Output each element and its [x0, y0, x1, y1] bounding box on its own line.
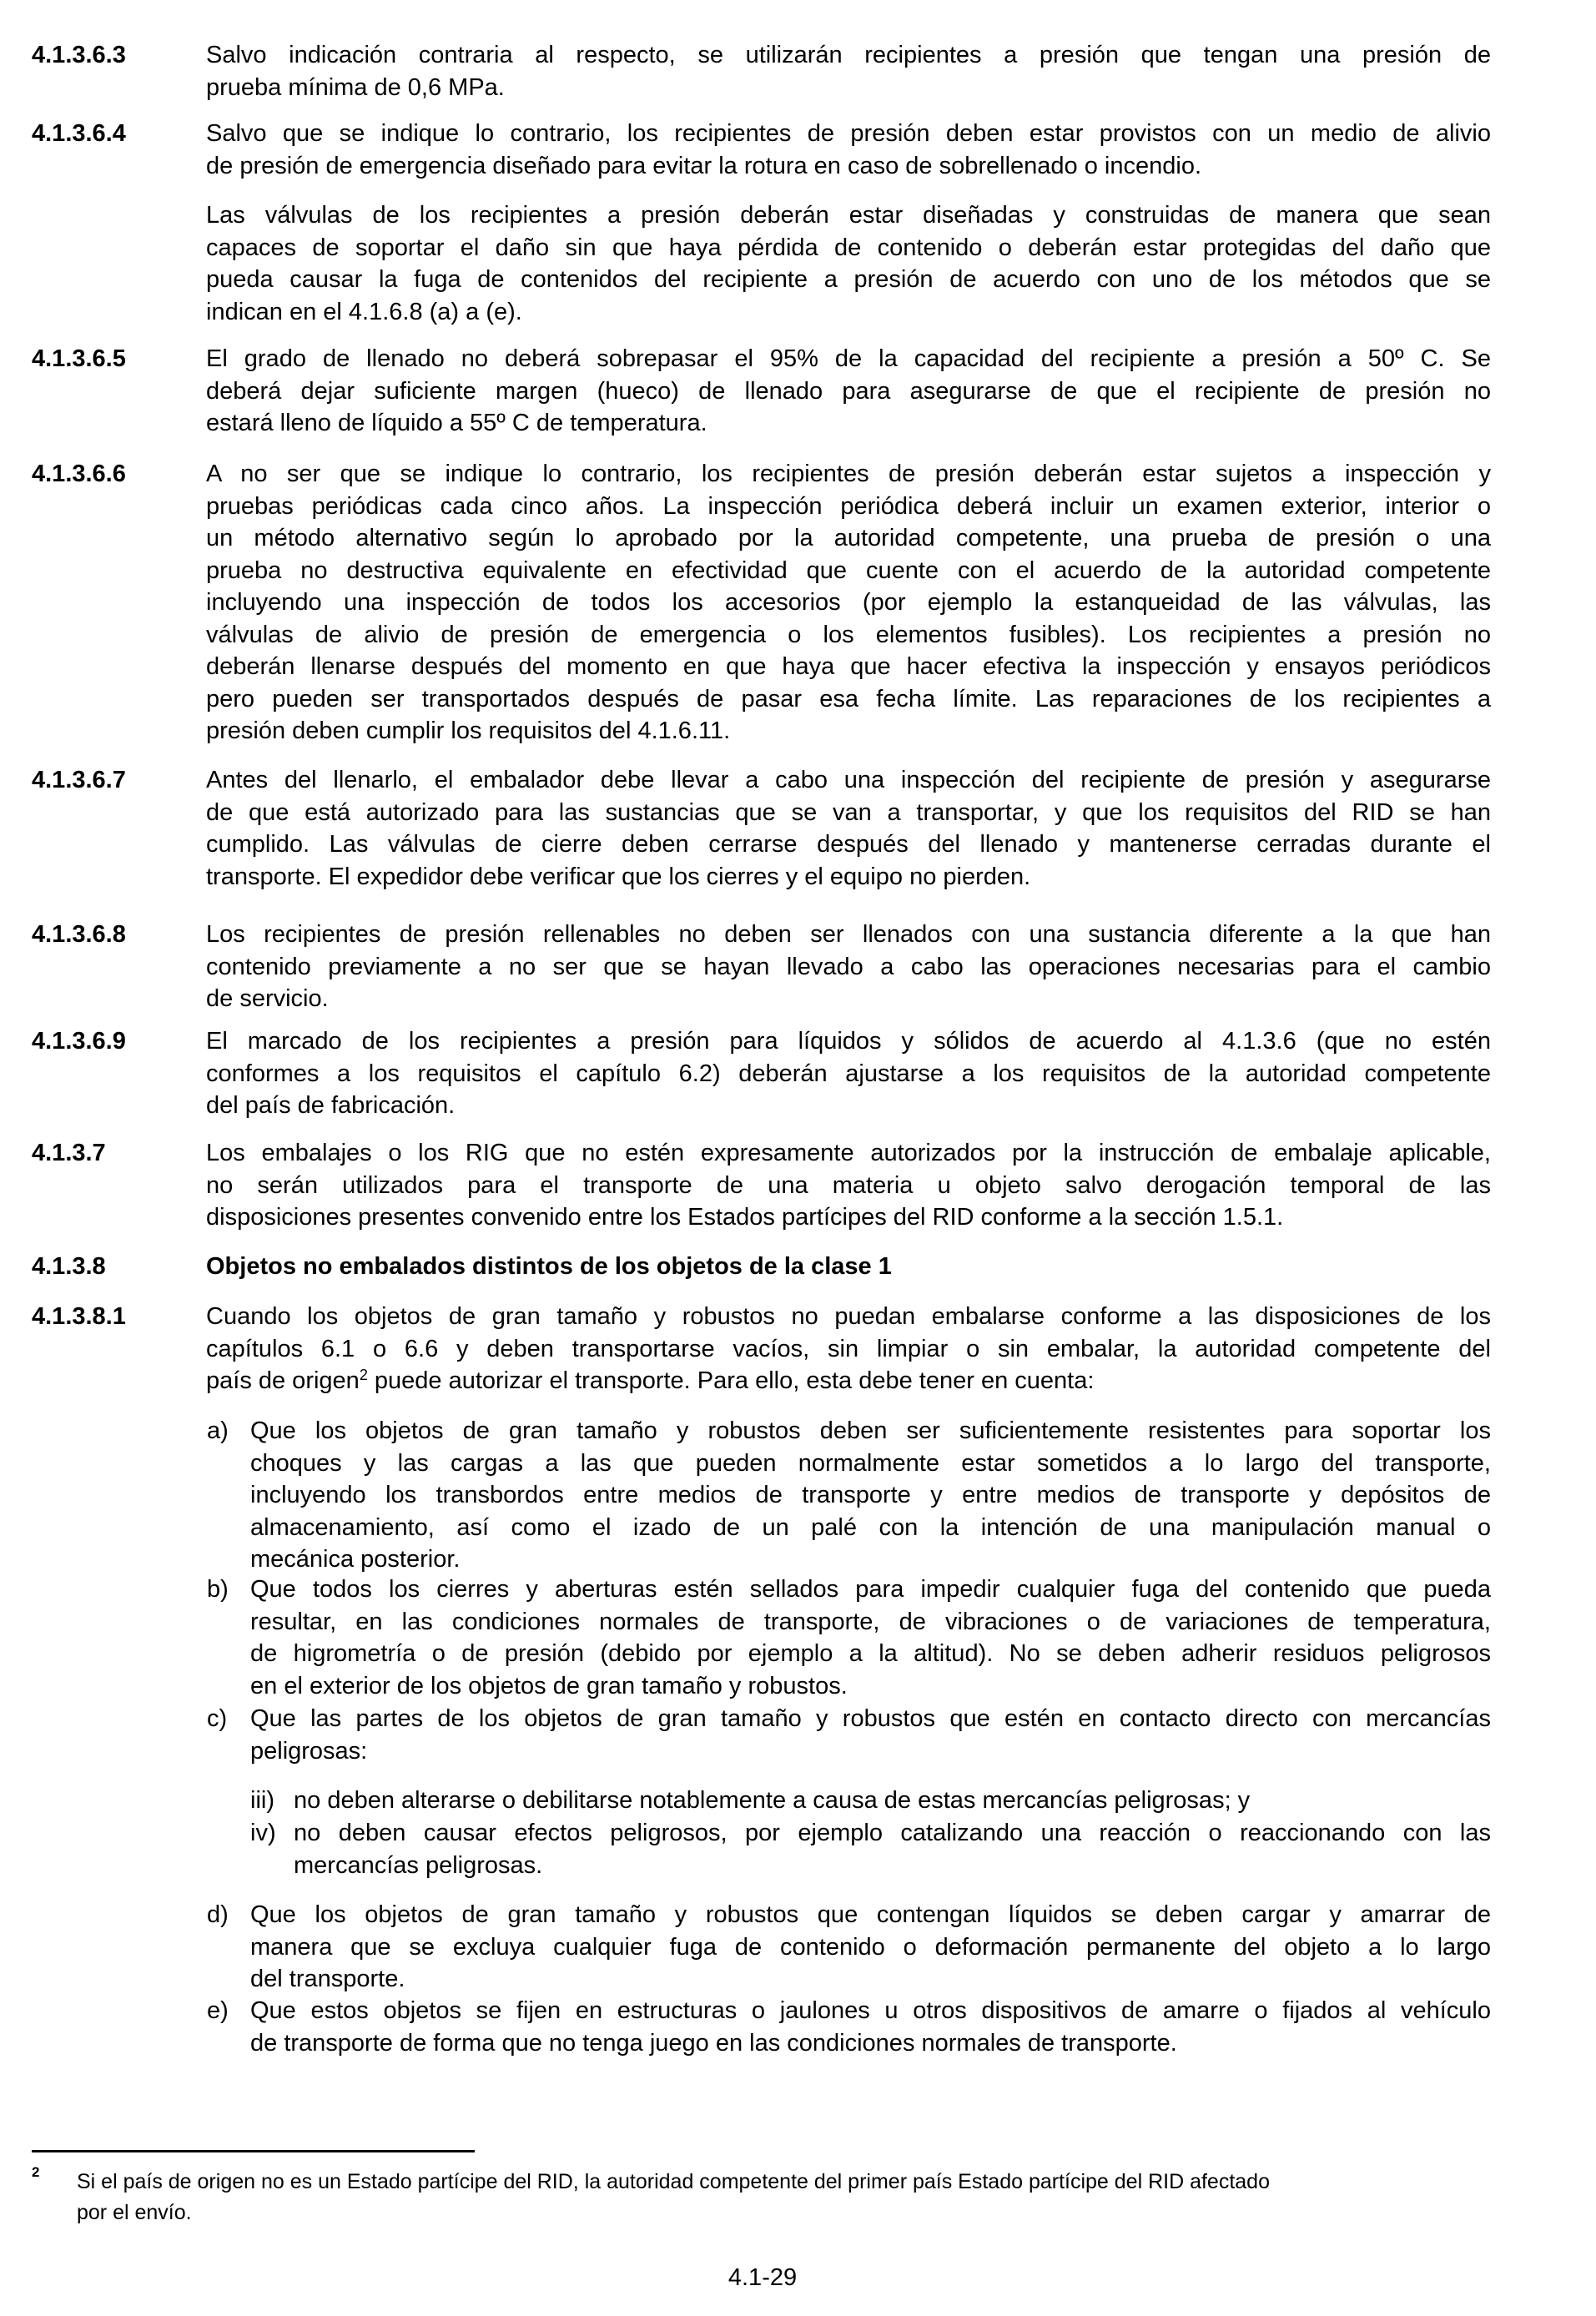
list-item-label: d): [207, 1899, 229, 1931]
text-line: choques y las cargas a las que pueden no…: [250, 1447, 1491, 1480]
text-line: Que las partes de los objetos de gran ta…: [250, 1703, 1491, 1735]
list-item-text: Que las partes de los objetos de gran ta…: [250, 1703, 1491, 1767]
section-number: 4.1.3.7: [32, 1137, 106, 1170]
text-line: no deben alterarse o debilitarse notable…: [294, 1785, 1491, 1817]
section-number: 4.1.3.6.8: [32, 919, 126, 951]
section-number: 4.1.3.6.4: [32, 118, 126, 150]
text-line: prueba mínima de 0,6 MPa.: [206, 72, 1491, 104]
section-number: 4.1.3.6.3: [32, 39, 126, 72]
text-line: resultar, en las condiciones normales de…: [250, 1606, 1491, 1639]
text-line: contenido previamente a no ser que se ha…: [206, 951, 1491, 984]
text-line: disposiciones presentes convenido entre …: [206, 1201, 1491, 1234]
list-item-text: Que los objetos de gran tamaño y robusto…: [250, 1415, 1491, 1576]
text-line: cumplido. Las válvulas de cierre deben c…: [206, 828, 1491, 861]
list-item-label: a): [207, 1415, 229, 1447]
sub-list-item-label: iii): [250, 1785, 274, 1817]
list-item-label: c): [207, 1703, 227, 1735]
paragraph-text: Los embalajes o los RIG que no estén exp…: [206, 1137, 1491, 1234]
text-line: Los embalajes o los RIG que no estén exp…: [206, 1137, 1491, 1170]
footnote-line: Si el país de origen no es un Estado par…: [77, 2167, 1487, 2198]
text-line: válvulas de alivio de presión de emergen…: [206, 619, 1491, 652]
paragraph-text: El marcado de los recipientes a presión …: [206, 1025, 1491, 1122]
text-line: de servicio.: [206, 983, 1491, 1015]
text-line: de transporte de forma que no tenga jueg…: [250, 2027, 1491, 2060]
text-line: A no ser que se indique lo contrario, lo…: [206, 458, 1491, 491]
text-line: Las válvulas de los recipientes a presió…: [206, 199, 1491, 232]
text-line: pruebas periódicas cada cinco años. La i…: [206, 491, 1491, 523]
text-line: deberán llenarse después del momento en …: [206, 651, 1491, 683]
section-number: 4.1.3.8.1: [32, 1301, 126, 1333]
text-line: pueda causar la fuga de contenidos del r…: [206, 264, 1491, 296]
text-line: capaces de soportar el daño sin que haya…: [206, 232, 1491, 264]
sub-list-item-text: no deben causar efectos peligrosos, por …: [294, 1817, 1491, 1881]
paragraph-text: Antes del llenarlo, el embalador debe ll…: [206, 764, 1491, 893]
section-number: 4.1.3.6.6: [32, 458, 126, 491]
text-line: El grado de llenado no deberá sobrepasar…: [206, 343, 1491, 375]
text-line: no deben causar efectos peligrosos, por …: [294, 1817, 1491, 1850]
text-line: país de origen2 puede autorizar el trans…: [206, 1365, 1491, 1397]
text-line: manera que se excluya cualquier fuga de …: [250, 1931, 1491, 1964]
list-item-label: e): [207, 1995, 229, 2027]
text-line: de presión de emergencia diseñado para e…: [206, 150, 1491, 183]
paragraph-text: Los recipientes de presión rellenables n…: [206, 919, 1491, 1015]
text-line: del transporte.: [250, 1963, 1491, 1996]
text-line: del país de fabricación.: [206, 1090, 1491, 1122]
section-number: 4.1.3.6.7: [32, 764, 126, 797]
text-line: Salvo que se indique lo contrario, los r…: [206, 118, 1491, 150]
text-line: indican en el 4.1.6.8 (a) a (e).: [206, 296, 1491, 329]
text-line: prueba no destructiva equivalente en efe…: [206, 555, 1491, 587]
paragraph-text: Las válvulas de los recipientes a presió…: [206, 199, 1491, 328]
list-item-label: b): [207, 1573, 229, 1606]
text-line: transporte. El expedidor debe verificar …: [206, 861, 1491, 894]
text-line: mecánica posterior.: [250, 1543, 1491, 1576]
text-line: capítulos 6.1 o 6.6 y deben transportars…: [206, 1333, 1491, 1366]
section-number: 4.1.3.6.5: [32, 343, 126, 375]
sub-list-item-text: no deben alterarse o debilitarse notable…: [294, 1785, 1491, 1817]
sub-list-item-label: iv): [250, 1817, 276, 1850]
text-line: Objetos no embalados distintos de los ob…: [206, 1251, 1491, 1283]
list-item-text: Que estos objetos se fijen en estructura…: [250, 1995, 1491, 2059]
footnote-separator: [32, 2150, 475, 2152]
page-number: 4.1-29: [0, 2262, 1525, 2293]
text-line: de higrometría o de presión (debido por …: [250, 1638, 1491, 1670]
footnote-reference[interactable]: 2: [360, 1367, 368, 1383]
list-item-text: Que todos los cierres y aberturas estén …: [250, 1573, 1491, 1702]
text-line: incluyendo una inspección de todos los a…: [206, 587, 1491, 619]
text-line: deberá dejar suficiente margen (hueco) d…: [206, 375, 1491, 408]
text-line: Que todos los cierres y aberturas estén …: [250, 1573, 1491, 1606]
text-line: pero pueden ser transportados después de…: [206, 683, 1491, 716]
text-line: Que estos objetos se fijen en estructura…: [250, 1995, 1491, 2027]
paragraph-text: Salvo indicación contraria al respecto, …: [206, 39, 1491, 103]
section-number: 4.1.3.6.9: [32, 1025, 126, 1058]
text-line: Cuando los objetos de gran tamaño y robu…: [206, 1301, 1491, 1333]
list-item-text: Que los objetos de gran tamaño y robusto…: [250, 1899, 1491, 1996]
text-line: estará lleno de líquido a 55º C de tempe…: [206, 407, 1491, 440]
footnote-line: por el envío.: [77, 2198, 1487, 2228]
text-line: Que los objetos de gran tamaño y robusto…: [250, 1899, 1491, 1931]
paragraph-text: A no ser que se indique lo contrario, lo…: [206, 458, 1491, 748]
paragraph-text: Cuando los objetos de gran tamaño y robu…: [206, 1301, 1491, 1397]
text-line: en el exterior de los objetos de gran ta…: [250, 1670, 1491, 1703]
text-line: no serán utilizados para el transporte d…: [206, 1170, 1491, 1202]
section-number: 4.1.3.8: [32, 1251, 106, 1283]
text-line: un método alternativo según lo aprobado …: [206, 522, 1491, 555]
paragraph-text: Salvo que se indique lo contrario, los r…: [206, 118, 1491, 182]
footnote-text: Si el país de origen no es un Estado par…: [77, 2167, 1487, 2228]
text-line: almacenamiento, así como el izado de un …: [250, 1512, 1491, 1544]
text-line: mercancías peligrosas.: [294, 1850, 1491, 1882]
text-line: conformes a los requisitos el capítulo 6…: [206, 1058, 1491, 1090]
text-line: Los recipientes de presión rellenables n…: [206, 919, 1491, 951]
text-line: Salvo indicación contraria al respecto, …: [206, 39, 1491, 72]
text-line: presión deben cumplir los requisitos del…: [206, 715, 1491, 748]
footnote-mark: 2: [32, 2163, 39, 2182]
text-line: El marcado de los recipientes a presión …: [206, 1025, 1491, 1058]
paragraph-text: El grado de llenado no deberá sobrepasar…: [206, 343, 1491, 440]
text-line: Antes del llenarlo, el embalador debe ll…: [206, 764, 1491, 797]
text-line: peligrosas:: [250, 1735, 1491, 1768]
text-line: incluyendo los transbordos entre medios …: [250, 1479, 1491, 1512]
text-line: Que los objetos de gran tamaño y robusto…: [250, 1415, 1491, 1447]
text-line: de que está autorizado para las sustanci…: [206, 797, 1491, 829]
heading-text: Objetos no embalados distintos de los ob…: [206, 1251, 1491, 1283]
